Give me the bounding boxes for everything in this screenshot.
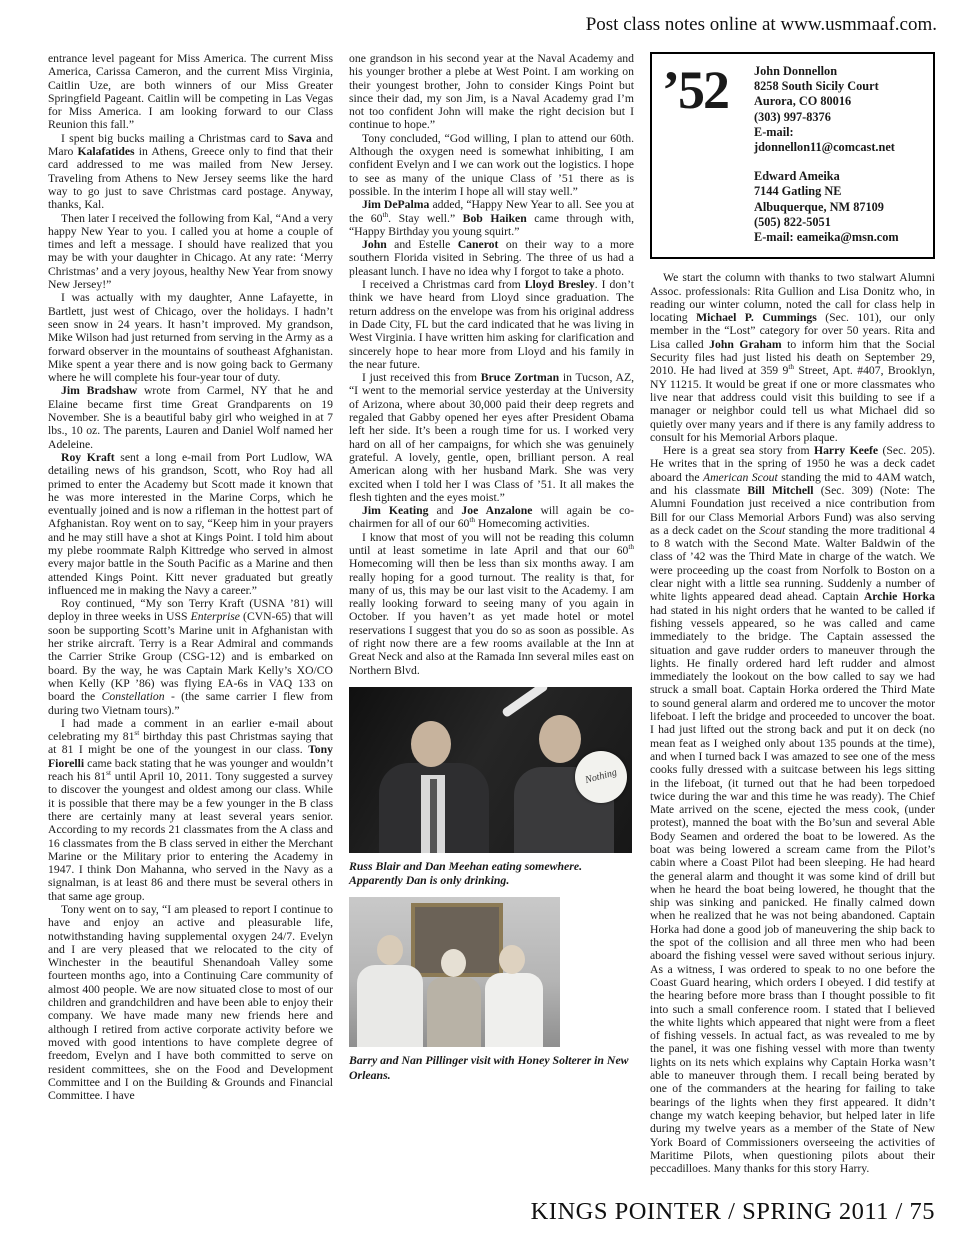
- class-52-contact-box: ’52 John Donnellon 8258 South Sicily Cou…: [650, 52, 935, 259]
- paragraph: John and Estelle Canerot on their way to…: [349, 238, 634, 278]
- column-right: ’52 John Donnellon 8258 South Sicily Cou…: [650, 52, 935, 1175]
- paragraph: entrance level pageant for Miss America.…: [48, 52, 333, 132]
- correspondent-city: Aurora, CO 80016: [754, 94, 925, 109]
- paragraph: one grandson in his second year at the N…: [349, 52, 634, 132]
- figure-pillinger-solterer: Barry and Nan Pillinger visit with Honey…: [349, 897, 634, 1081]
- light-streak: [501, 687, 549, 718]
- paragraph: We start the column with thanks to two s…: [650, 271, 935, 444]
- correspondent-address: 8258 South Sicily Court: [754, 79, 925, 94]
- photo-figure-head: [411, 721, 451, 767]
- paragraph: I was actually with my daughter, Anne La…: [48, 291, 333, 384]
- column-right-text: We start the column with thanks to two s…: [650, 271, 935, 1175]
- paragraph: Roy continued, “My son Terry Kraft (USNA…: [48, 597, 333, 717]
- paragraph: I just received this from Bruce Zortman …: [349, 371, 634, 504]
- class-correspondents: John Donnellon 8258 South Sicily Court A…: [754, 64, 925, 245]
- paragraph: Roy Kraft sent a long e-mail from Port L…: [48, 451, 333, 597]
- correspondent-name: John Donnellon: [754, 64, 925, 79]
- paragraph: I know that most of you will not be read…: [349, 531, 634, 677]
- class-year-label: ’52: [662, 64, 754, 245]
- correspondent-phone: (303) 997-8376: [754, 110, 925, 125]
- caption-blair-meehan: Russ Blair and Dan Meehan eating somewhe…: [349, 859, 634, 887]
- caption-pillinger-solterer: Barry and Nan Pillinger visit with Honey…: [349, 1053, 634, 1081]
- figure-blair-meehan: Nothing Russ Blair and Dan Meehan eating…: [349, 687, 634, 887]
- photo-pillinger-solterer: [349, 897, 560, 1047]
- photo-figure-torso: [427, 977, 481, 1047]
- column-middle: one grandson in his second year at the N…: [349, 52, 634, 1175]
- paragraph: I received a Christmas card from Lloyd B…: [349, 278, 634, 371]
- correspondent-city: Albuquerque, NM 87109: [754, 200, 925, 215]
- photo-figure-tie: [430, 779, 437, 853]
- column-layout: entrance level pageant for Miss America.…: [48, 52, 935, 1175]
- correspondent-name: Edward Ameika: [754, 169, 925, 184]
- page-header-note: Post class notes online at www.usmmaaf.c…: [586, 14, 937, 36]
- magazine-page: Post class notes online at www.usmmaaf.c…: [0, 0, 960, 1246]
- correspondent-donnellon: John Donnellon 8258 South Sicily Court A…: [754, 64, 925, 155]
- photo-figure-head: [499, 945, 525, 974]
- photo-figure-torso: [357, 965, 423, 1047]
- correspondent-ameika: Edward Ameika 7144 Gatling NE Albuquerqu…: [754, 169, 925, 245]
- paragraph: Jim Keating and Joe Anzalone will again …: [349, 504, 634, 531]
- white-disc: Nothing: [575, 751, 627, 803]
- paragraph: I spent big bucks mailing a Christmas ca…: [48, 132, 333, 212]
- photo-figure-head: [377, 935, 403, 965]
- disc-writing: Nothing: [584, 766, 619, 787]
- paragraph: I had made a comment in an earlier e-mai…: [48, 717, 333, 903]
- correspondent-email: E-mail: eameika@msn.com: [754, 230, 925, 245]
- photo-figure-torso: [485, 973, 543, 1047]
- paragraph: Here is a great sea story from Harry Kee…: [650, 444, 935, 1175]
- paragraph: Jim DePalma added, “Happy New Year to al…: [349, 198, 634, 238]
- correspondent-email: E-mail: jdonnellon11@comcast.net: [754, 125, 925, 155]
- page-footer: KINGS POINTER / SPRING 2011 / 75: [531, 1198, 935, 1226]
- correspondent-address: 7144 Gatling NE: [754, 184, 925, 199]
- photo-blair-meehan: Nothing: [349, 687, 632, 853]
- photo-figure-head: [539, 715, 581, 763]
- paragraph: Jim Bradshaw wrote from Carmel, NY that …: [48, 384, 333, 450]
- paragraph: Tony concluded, “God willing, I plan to …: [349, 132, 634, 198]
- paragraph: Tony went on to say, “I am pleased to re…: [48, 903, 333, 1102]
- column-left: entrance level pageant for Miss America.…: [48, 52, 333, 1175]
- correspondent-phone: (505) 822-5051: [754, 215, 925, 230]
- column-middle-text: one grandson in his second year at the N…: [349, 52, 634, 677]
- paragraph: Then later I received the following from…: [48, 212, 333, 292]
